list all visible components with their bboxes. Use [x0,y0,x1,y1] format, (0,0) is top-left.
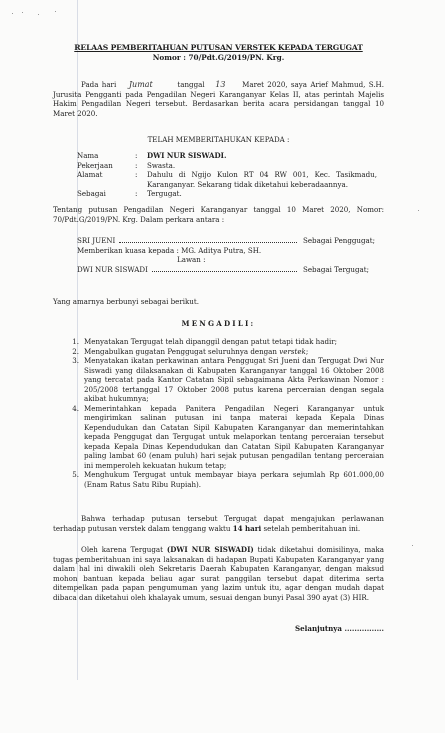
identity-table: Nama : DWI NUR SISWADI. Pekerjaan : Swas… [77,151,377,199]
scan-speck [38,14,39,15]
identity-row-sebagai: Sebagai : Tergugat. [77,189,377,199]
document-number: Nomor : 70/Pdt.G/2019/PN. Krg. [53,53,384,63]
defendant-name: DWI NUR SISWADI [77,265,148,275]
scan-speck [412,545,413,546]
rulings-list: 1. Menyatakan Tergugat telah dipanggil d… [67,337,384,489]
scanned-document-page: RELAAS PEMBERITAHUAN PUTUSAN VERSTEK KEP… [0,0,445,733]
ruling-item: 2. Mengabulkan gugatan Penggugat seluruh… [67,347,384,357]
power-of-attorney: Memberikan kuasa kepada : MG. Aditya Put… [77,246,377,256]
identity-label: Alamat [77,170,135,189]
identity-value: DWI NUR SISWADI. [147,151,377,161]
identity-value: Swasta. [147,161,377,171]
amar-intro: Yang amarnya berbunyi sebagai berikut. [53,297,384,307]
pada-hari-label: Pada hari [81,80,116,89]
scan-speck [418,210,419,211]
perlawanan-paragraph: Bahwa terhadap putusan tersebut Tergugat… [53,514,384,533]
identity-label: Pekerjaan [77,161,135,171]
scan-speck [55,11,56,12]
scan-speck [12,13,13,14]
dotted-leader [152,270,297,272]
defendant-role: Sebagai Tergugat; [303,265,377,275]
parties-block: SRI JUENI Sebagai Penggugat; Memberikan … [77,236,377,274]
handwritten-day: Jumat [129,80,153,89]
identity-row-pekerjaan: Pekerjaan : Swasta. [77,161,377,171]
identity-row-nama: Nama : DWI NUR SISWADI. [77,151,377,161]
plaintiff-name: SRI JUENI [77,236,115,246]
opening-line1-rest: Maret 2020, saya Arief Mahmud, S.H. [242,80,384,89]
ruling-item: 4. Memerintahkan kepada Panitera Pengadi… [67,404,384,471]
document-title: RELAAS PEMBERITAHUAN PUTUSAN VERSTEK KEP… [53,43,384,53]
tentang-paragraph: Tentang putusan Pengadilan Negeri Karang… [53,205,384,224]
opening-paragraph: Pada hari Jumat tanggal 13 Maret 2020, s… [53,80,384,118]
ruling-item: 1. Menyatakan Tergugat telah dipanggil d… [67,337,384,347]
ruling-item: 3. Menyatakan ikatan perkawinan antara P… [67,356,384,404]
plaintiff-row: SRI JUENI Sebagai Penggugat; [77,236,377,246]
notified-heading: TELAH MEMBERITAHUKAN KEPADA : [53,135,384,145]
lawan-label: Lawan : [77,255,377,265]
continued-marker: Selanjutnya ................ [295,624,384,634]
opening-rest: Jurusita Pengganti pada Pengadilan Neger… [53,90,384,118]
tanggal-label: tanggal [177,80,204,89]
mengadili-heading: MENGADILI: [53,319,384,329]
identity-label: Sebagai [77,189,135,199]
dotted-leader [119,241,297,243]
identity-label: Nama [77,151,135,161]
scan-speck [22,12,23,13]
ruling-item: 5. Menghukum Tergugat untuk membayar bia… [67,470,384,489]
handwritten-date: 13 [215,80,225,89]
identity-value: Tergugat. [147,189,377,199]
oleh-karena-paragraph: Oleh karena Tergugat (DWI NUR SISWADI) t… [53,545,384,602]
defendant-row: DWI NUR SISWADI Sebagai Tergugat; [77,265,377,275]
plaintiff-role: Sebagai Penggugat; [303,236,377,246]
identity-row-alamat: Alamat : Dahulu di Ngijo Kulon RT 04 RW … [77,170,377,189]
identity-value: Dahulu di Ngijo Kulon RT 04 RW 001, Kec.… [147,170,377,189]
